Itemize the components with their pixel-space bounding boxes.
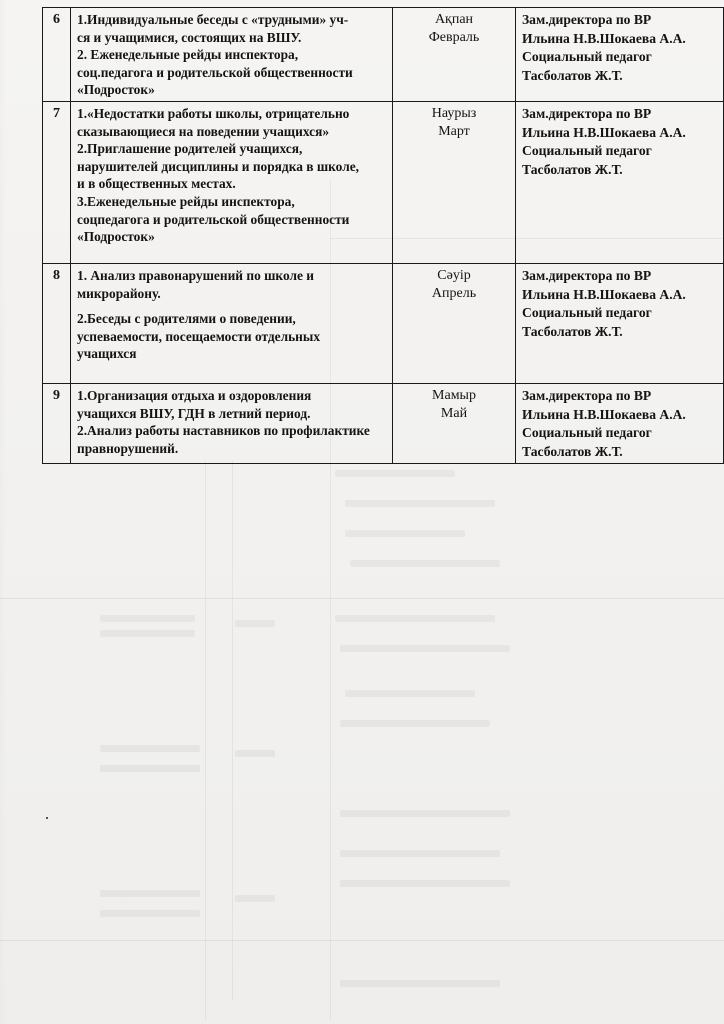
month-russian: Май <box>399 405 509 423</box>
activity-line: нарушителей дисциплины и порядка в школе… <box>77 158 386 176</box>
responsible-line: Социальный педагог <box>522 424 717 443</box>
activity-line: 2.Анализ работы наставников по профилакт… <box>77 422 386 440</box>
responsible-line: Социальный педагог <box>522 48 717 67</box>
activity-cell: 1.Организация отдыха и оздоровления учащ… <box>71 383 393 463</box>
date-cell: Сәуір Апрель <box>393 263 516 383</box>
responsible-line: Ильина Н.В.Шокаева А.А. <box>522 124 717 143</box>
activity-line: соцпедагога и родительской общественност… <box>77 211 386 229</box>
activity-line: 2.Приглашение родителей учащихся, <box>77 140 386 158</box>
responsible-line: Зам.директора по ВР <box>522 105 717 124</box>
month-russian: Март <box>399 123 509 141</box>
month-kazakh: Сәуір <box>399 267 509 285</box>
row-number: 9 <box>43 383 71 463</box>
responsible-line: Зам.директора по ВР <box>522 267 717 286</box>
responsible-line: Ильина Н.В.Шокаева А.А. <box>522 30 717 49</box>
table-row: 7 1.«Недостатки работы школы, отрицатель… <box>43 101 724 263</box>
responsible-cell: Зам.директора по ВР Ильина Н.В.Шокаева А… <box>516 8 724 102</box>
responsible-cell: Зам.директора по ВР Ильина Н.В.Шокаева А… <box>516 101 724 263</box>
activity-line: 1.Организация отдыха и оздоровления <box>77 387 386 405</box>
row-number: 8 <box>43 263 71 383</box>
row-number: 6 <box>43 8 71 102</box>
table-row: 8 1. Анализ правонарушений по школе и ми… <box>43 263 724 383</box>
month-russian: Апрель <box>399 285 509 303</box>
scan-speck <box>46 817 48 819</box>
activity-plan-table: 6 1.Индивидуальные беседы с «трудными» у… <box>42 7 724 464</box>
activity-line: 1.«Недостатки работы школы, отрицательно <box>77 105 386 123</box>
responsible-line: Ильина Н.В.Шокаева А.А. <box>522 286 717 305</box>
activity-line: микрорайону. <box>77 285 386 303</box>
activity-line: 2. Еженедельные рейды инспектора, <box>77 46 386 64</box>
activity-line: успеваемости, посещаемости отдельных <box>77 328 386 346</box>
activity-line: соц.педагога и родительской общественнос… <box>77 64 386 82</box>
responsible-cell: Зам.директора по ВР Ильина Н.В.Шокаева А… <box>516 383 724 463</box>
activity-line: ся и учащимися, состоящих на ВШУ. <box>77 29 386 47</box>
activity-line: учащихся <box>77 345 386 363</box>
month-kazakh: Ақпан <box>399 11 509 29</box>
table-row: 6 1.Индивидуальные беседы с «трудными» у… <box>43 8 724 102</box>
activity-line: правнорушений. <box>77 440 386 458</box>
activity-line: «Подросток» <box>77 81 386 99</box>
activity-line: 1.Индивидуальные беседы с «трудными» уч- <box>77 11 386 29</box>
responsible-line: Социальный педагог <box>522 304 717 323</box>
date-cell: Мамыр Май <box>393 383 516 463</box>
month-russian: Февраль <box>399 29 509 47</box>
activity-cell: 1.«Недостатки работы школы, отрицательно… <box>71 101 393 263</box>
activity-line: и в общественных местах. <box>77 175 386 193</box>
month-kazakh: Наурыз <box>399 105 509 123</box>
activity-line: учащихся ВШУ, ГДН в летний период. <box>77 405 386 423</box>
responsible-line: Зам.директора по ВР <box>522 387 717 406</box>
table-body: 6 1.Индивидуальные беседы с «трудными» у… <box>43 8 724 464</box>
date-cell: Наурыз Март <box>393 101 516 263</box>
activity-cell: 1. Анализ правонарушений по школе и микр… <box>71 263 393 383</box>
responsible-cell: Зам.директора по ВР Ильина Н.В.Шокаева А… <box>516 263 724 383</box>
paragraph-gap <box>77 302 386 310</box>
responsible-line: Тасболатов Ж.Т. <box>522 161 717 180</box>
responsible-line: Тасболатов Ж.Т. <box>522 67 717 86</box>
activity-line: 3.Еженедельные рейды инспектора, <box>77 193 386 211</box>
responsible-line: Зам.директора по ВР <box>522 11 717 30</box>
activity-line: 2.Беседы с родителями о поведении, <box>77 310 386 328</box>
activity-line: «Подросток» <box>77 228 386 246</box>
responsible-line: Ильина Н.В.Шокаева А.А. <box>522 406 717 425</box>
activity-line: 1. Анализ правонарушений по школе и <box>77 267 386 285</box>
date-cell: Ақпан Февраль <box>393 8 516 102</box>
table-row: 9 1.Организация отдыха и оздоровления уч… <box>43 383 724 463</box>
month-kazakh: Мамыр <box>399 387 509 405</box>
activity-line: сказывающиеся на поведении учащихся» <box>77 123 386 141</box>
activity-cell: 1.Индивидуальные беседы с «трудными» уч-… <box>71 8 393 102</box>
responsible-line: Тасболатов Ж.Т. <box>522 323 717 342</box>
responsible-line: Тасболатов Ж.Т. <box>522 443 717 462</box>
row-number: 7 <box>43 101 71 263</box>
responsible-line: Социальный педагог <box>522 142 717 161</box>
